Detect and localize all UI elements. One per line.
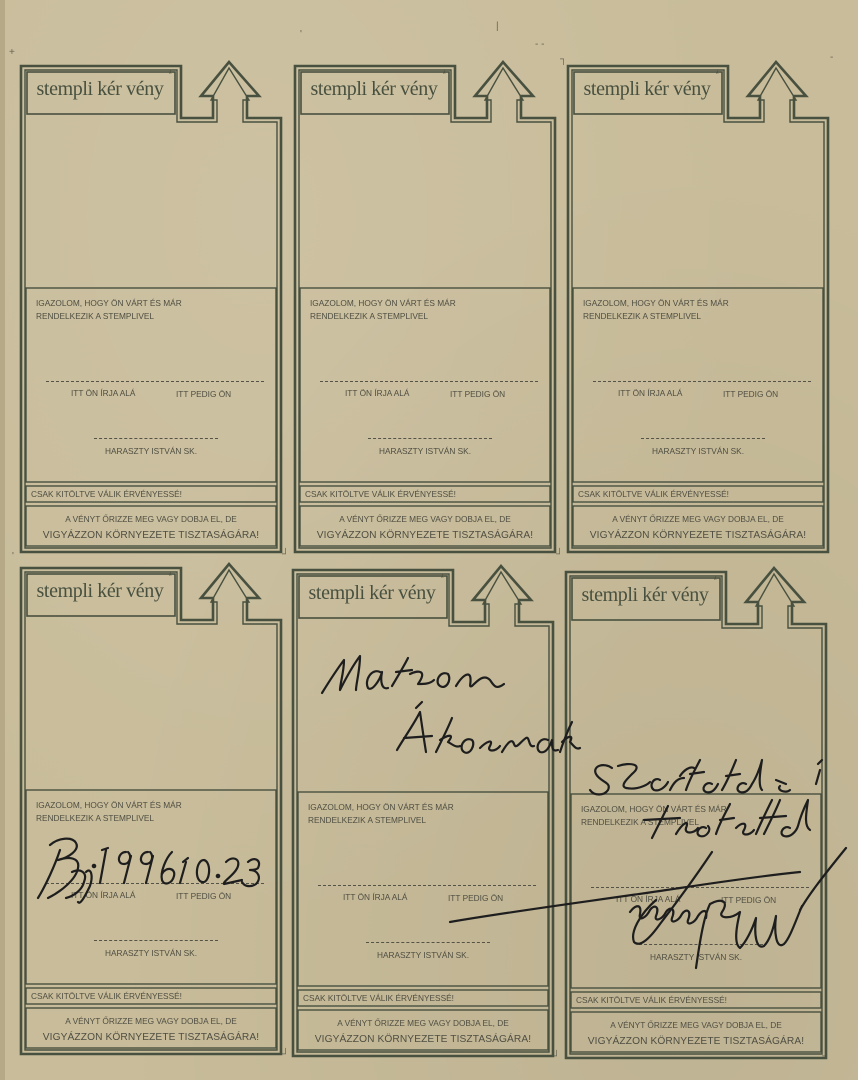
label-you-sign: ITT ÖN ÍRJA ALÁ xyxy=(343,892,407,902)
label-there: ITT PEDIG ÖN xyxy=(176,389,231,399)
label-you-sign: ITT ÖN ÍRJA ALÁ xyxy=(616,894,680,904)
authority-signature-line xyxy=(368,438,492,439)
label-there: ITT PEDIG ÖN xyxy=(448,893,503,903)
asterisk-icon: * xyxy=(713,575,717,585)
asterisk-icon: * xyxy=(715,69,719,79)
asterisk-icon: * xyxy=(440,573,444,583)
card-logo: stempli kér vény * xyxy=(25,570,175,612)
crop-mark: | xyxy=(496,22,499,32)
signature-line xyxy=(593,381,811,382)
signatory-name: HARASZTY ISTVÁN SK. xyxy=(298,950,548,960)
signature-line xyxy=(318,885,536,886)
notice-line-1: A VÉNYT ŐRIZZE MEG VAGY DOBJA EL, DE xyxy=(26,1016,276,1026)
notice-line-2: VIGYÁZZON KÖRNYEZETE TISZTASÁGÁRA! xyxy=(571,1036,821,1047)
label-there: ITT PEDIG ÖN xyxy=(176,891,231,901)
validity-note: CSAK KITÖLTVE VÁLIK ÉRVÉNYESSÉ! xyxy=(298,990,548,1006)
signature-line xyxy=(46,883,264,884)
certification-box: IGAZOLOM, HOGY ÖN VÁRT ÉS MÁR RENDELKEZI… xyxy=(300,288,550,482)
notice-line-2: VIGYÁZZON KÖRNYEZETE TISZTASÁGÁRA! xyxy=(300,530,550,541)
validity-note: CSAK KITÖLTVE VÁLIK ÉRVÉNYESSÉ! xyxy=(26,486,276,502)
authority-signature-line xyxy=(639,944,763,945)
cert-line-2: RENDELKEZIK A STEMPLIVEL xyxy=(36,311,154,321)
label-there: ITT PEDIG ÖN xyxy=(723,389,778,399)
validity-note: CSAK KITÖLTVE VÁLIK ÉRVÉNYESSÉ! xyxy=(571,992,821,1008)
card-logo: stempli kér vény * xyxy=(297,572,447,614)
label-you-sign: ITT ÖN ÍRJA ALÁ xyxy=(345,388,409,398)
asterisk-icon: * xyxy=(168,69,172,79)
cert-line-2: RENDELKEZIK A STEMPLIVEL xyxy=(308,815,426,825)
validity-note: CSAK KITÖLTVE VÁLIK ÉRVÉNYESSÉ! xyxy=(573,486,823,502)
signature-line xyxy=(46,381,264,382)
logo-text: stempli kér vény xyxy=(584,78,711,101)
crop-mark: ' xyxy=(12,552,14,562)
card-logo: stempli kér vény * xyxy=(25,68,175,110)
cert-line-1: IGAZOLOM, HOGY ÖN VÁRT ÉS MÁR xyxy=(310,298,456,308)
label-there: ITT PEDIG ÖN xyxy=(450,389,505,399)
label-you-sign: ITT ÖN ÍRJA ALÁ xyxy=(71,388,135,398)
certification-box: IGAZOLOM, HOGY ÖN VÁRT ÉS MÁR RENDELKEZI… xyxy=(573,288,823,482)
authority-signature-line xyxy=(94,940,218,941)
cert-line-1: IGAZOLOM, HOGY ÖN VÁRT ÉS MÁR xyxy=(36,800,182,810)
stamp-card-4: stempli kér vény * IGAZOLOM, HOGY ÖN VÁR… xyxy=(17,560,287,1060)
signatory-name: HARASZTY ISTVÁN SK. xyxy=(26,948,276,958)
authority-signature-line xyxy=(94,438,218,439)
document-sheet: + ' | - - ┐ - ' ┘ ┘ ┘ ┘ ┘ stempli kér vé… xyxy=(0,0,858,1080)
cert-line-2: RENDELKEZIK A STEMPLIVEL xyxy=(310,311,428,321)
label-you-sign: ITT ÖN ÍRJA ALÁ xyxy=(618,388,682,398)
environment-notice: A VÉNYT ŐRIZZE MEG VAGY DOBJA EL, DE VIG… xyxy=(571,1012,821,1056)
cert-line-1: IGAZOLOM, HOGY ÖN VÁRT ÉS MÁR xyxy=(581,804,727,814)
logo-text: stempli kér vény xyxy=(37,78,164,101)
logo-text: stempli kér vény xyxy=(37,580,164,603)
crop-mark: + xyxy=(9,48,15,58)
authority-signature-line xyxy=(641,438,765,439)
signatory-name: HARASZTY ISTVÁN SK. xyxy=(573,446,823,456)
signatory-name: HARASZTY ISTVÁN SK. xyxy=(26,446,276,456)
notice-line-2: VIGYÁZZON KÖRNYEZETE TISZTASÁGÁRA! xyxy=(26,530,276,541)
notice-line-2: VIGYÁZZON KÖRNYEZETE TISZTASÁGÁRA! xyxy=(26,1032,276,1043)
label-you-sign: ITT ÖN ÍRJA ALÁ xyxy=(71,890,135,900)
asterisk-icon: * xyxy=(168,571,172,581)
signature-line xyxy=(320,381,538,382)
card-logo: stempli kér vény * xyxy=(570,574,720,616)
certification-box: IGAZOLOM, HOGY ÖN VÁRT ÉS MÁR RENDELKEZI… xyxy=(571,794,821,988)
environment-notice: A VÉNYT ŐRIZZE MEG VAGY DOBJA EL, DE VIG… xyxy=(26,1008,276,1052)
stamp-card-5: stempli kér vény * IGAZOLOM, HOGY ÖN VÁR… xyxy=(289,562,559,1062)
validity-note: CSAK KITÖLTVE VÁLIK ÉRVÉNYESSÉ! xyxy=(26,988,276,1004)
authority-signature-line xyxy=(366,942,490,943)
environment-notice: A VÉNYT ŐRIZZE MEG VAGY DOBJA EL, DE VIG… xyxy=(573,506,823,550)
notice-line-1: A VÉNYT ŐRIZZE MEG VAGY DOBJA EL, DE xyxy=(300,514,550,524)
notice-line-2: VIGYÁZZON KÖRNYEZETE TISZTASÁGÁRA! xyxy=(298,1034,548,1045)
asterisk-icon: * xyxy=(442,69,446,79)
card-logo: stempli kér vény * xyxy=(299,68,449,110)
certification-box: IGAZOLOM, HOGY ÖN VÁRT ÉS MÁR RENDELKEZI… xyxy=(26,288,276,482)
notice-line-2: VIGYÁZZON KÖRNYEZETE TISZTASÁGÁRA! xyxy=(573,530,823,541)
notice-line-1: A VÉNYT ŐRIZZE MEG VAGY DOBJA EL, DE xyxy=(298,1018,548,1028)
stamp-card-3: stempli kér vény * IGAZOLOM, HOGY ÖN VÁR… xyxy=(564,58,834,558)
logo-text: stempli kér vény xyxy=(311,78,438,101)
notice-line-1: A VÉNYT ŐRIZZE MEG VAGY DOBJA EL, DE xyxy=(26,514,276,524)
crop-mark: ' xyxy=(300,30,302,40)
label-there: ITT PEDIG ÖN xyxy=(721,895,776,905)
crop-mark: - - xyxy=(535,40,544,50)
cert-line-1: IGAZOLOM, HOGY ÖN VÁRT ÉS MÁR xyxy=(36,298,182,308)
logo-text: stempli kér vény xyxy=(309,582,436,605)
environment-notice: A VÉNYT ŐRIZZE MEG VAGY DOBJA EL, DE VIG… xyxy=(26,506,276,550)
paper-edge xyxy=(0,0,5,1080)
environment-notice: A VÉNYT ŐRIZZE MEG VAGY DOBJA EL, DE VIG… xyxy=(298,1010,548,1054)
logo-text: stempli kér vény xyxy=(582,584,709,607)
cert-line-1: IGAZOLOM, HOGY ÖN VÁRT ÉS MÁR xyxy=(308,802,454,812)
certification-box: IGAZOLOM, HOGY ÖN VÁRT ÉS MÁR RENDELKEZI… xyxy=(26,790,276,984)
stamp-card-1: stempli kér vény * IGAZOLOM, HOGY ÖN VÁR… xyxy=(17,58,287,558)
cert-line-1: IGAZOLOM, HOGY ÖN VÁRT ÉS MÁR xyxy=(583,298,729,308)
cert-line-2: RENDELKEZIK A STEMPLIVEL xyxy=(583,311,701,321)
notice-line-1: A VÉNYT ŐRIZZE MEG VAGY DOBJA EL, DE xyxy=(573,514,823,524)
certification-box: IGAZOLOM, HOGY ÖN VÁRT ÉS MÁR RENDELKEZI… xyxy=(298,792,548,986)
signatory-name: HARASZTY ISTVÁN SK. xyxy=(571,952,821,962)
environment-notice: A VÉNYT ŐRIZZE MEG VAGY DOBJA EL, DE VIG… xyxy=(300,506,550,550)
cert-line-2: RENDELKEZIK A STEMPLIVEL xyxy=(581,817,699,827)
cert-line-2: RENDELKEZIK A STEMPLIVEL xyxy=(36,813,154,823)
validity-note: CSAK KITÖLTVE VÁLIK ÉRVÉNYESSÉ! xyxy=(300,486,550,502)
signature-line xyxy=(591,887,809,888)
notice-line-1: A VÉNYT ŐRIZZE MEG VAGY DOBJA EL, DE xyxy=(571,1020,821,1030)
card-logo: stempli kér vény * xyxy=(572,68,722,110)
stamp-card-6: stempli kér vény * IGAZOLOM, HOGY ÖN VÁR… xyxy=(562,564,832,1064)
signatory-name: HARASZTY ISTVÁN SK. xyxy=(300,446,550,456)
stamp-card-2: stempli kér vény * IGAZOLOM, HOGY ÖN VÁR… xyxy=(291,58,561,558)
